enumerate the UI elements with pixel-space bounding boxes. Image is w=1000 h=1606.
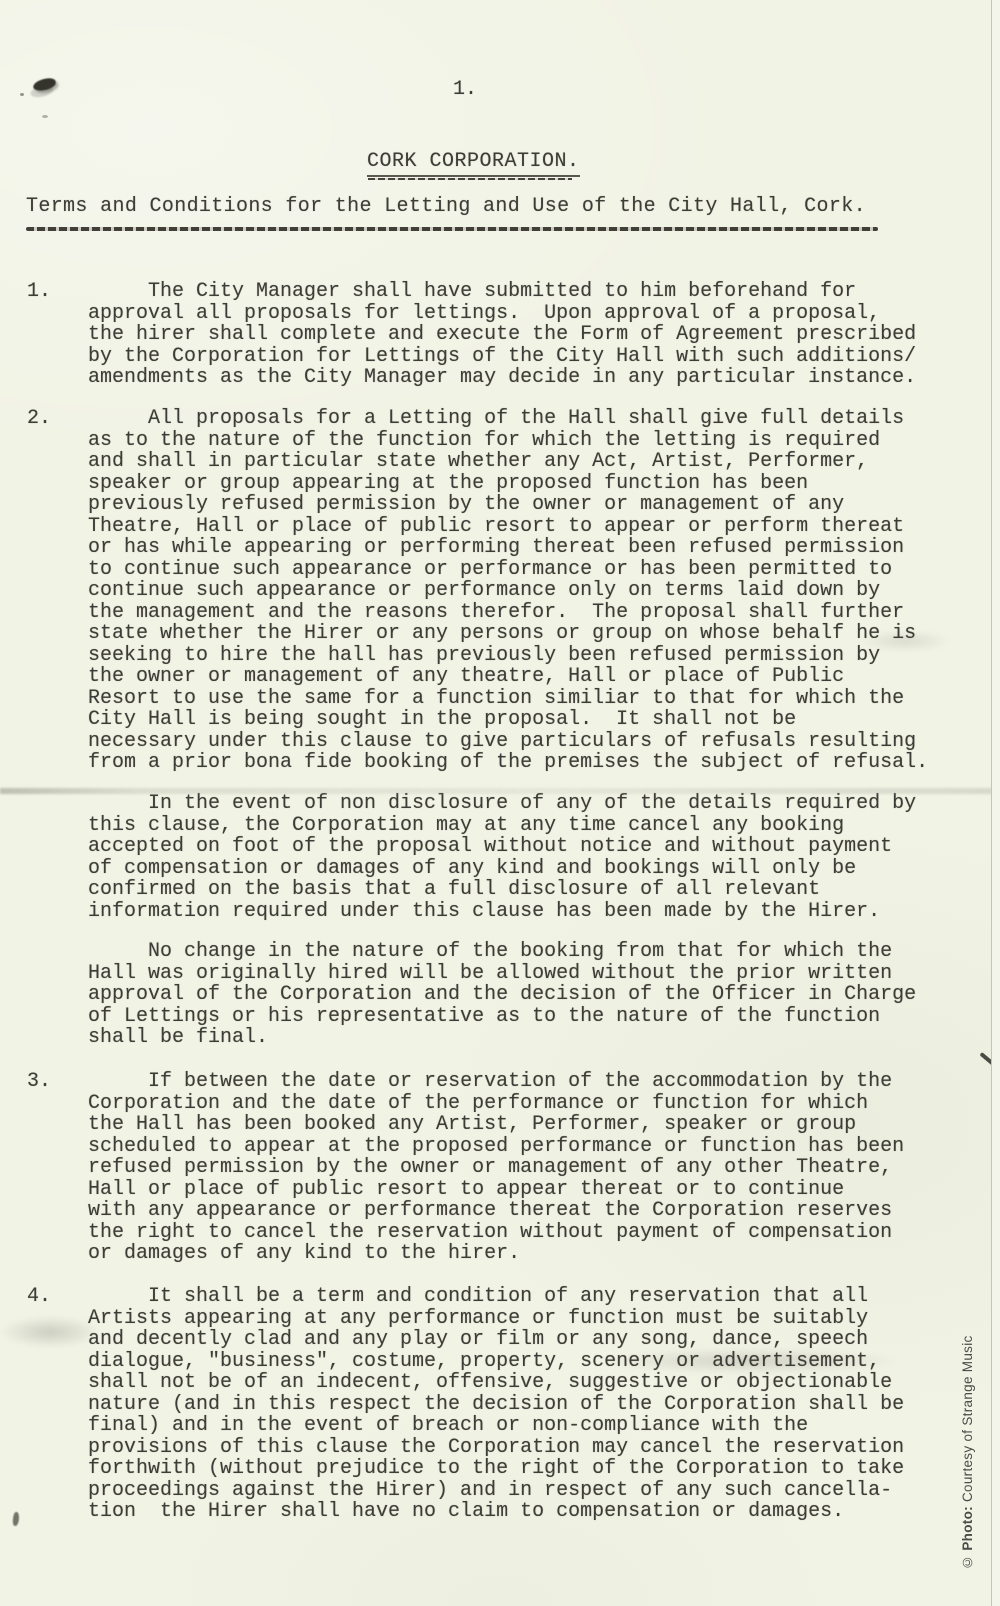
- ink-speck: [20, 93, 24, 96]
- document-header: CORK CORPORATION.: [367, 151, 580, 177]
- fold-crease: [0, 788, 1000, 794]
- photo-credit-text: Courtesy of Strange Music: [960, 1335, 975, 1502]
- clause-3-number: 3.: [27, 1071, 51, 1093]
- ink-smudge: [32, 77, 57, 93]
- clause-2-text: All proposals for a Letting of the Hall …: [88, 408, 1000, 774]
- page-number: 1.: [453, 79, 477, 101]
- scanned-document-page: 1. CORK CORPORATION. Terms and Condition…: [0, 0, 1000, 1606]
- clause-2-continuation-1-text: In the event of non disclosure of any of…: [88, 793, 1000, 922]
- clause-4-text: It shall be a term and condition of any …: [88, 1286, 1000, 1523]
- ink-speck: [12, 1512, 20, 1527]
- clause-1-number: 1.: [27, 281, 51, 303]
- document-subtitle: Terms and Conditions for the Letting and…: [26, 196, 866, 218]
- photo-credit-label: Photo:: [960, 1506, 975, 1551]
- clause-2-continuation-2: No change in the nature of the booking f…: [0, 941, 1000, 1049]
- clause-2-continuation-2-text: No change in the nature of the booking f…: [88, 941, 1000, 1049]
- scan-edge: [992, 0, 1000, 1606]
- clause-3-text: If between the date or reservation of th…: [88, 1071, 1000, 1265]
- document-title: CORK CORPORATION.: [367, 151, 580, 177]
- clause-1: 1. The City Manager shall have submitted…: [0, 281, 1000, 389]
- clause-2-number: 2.: [27, 408, 51, 430]
- clause-4-number: 4.: [27, 1286, 51, 1308]
- subtitle-underline: [26, 227, 878, 231]
- clause-2: 2. All proposals for a Letting of the Ha…: [0, 408, 1000, 774]
- clause-3: 3. If between the date or reservation of…: [0, 1071, 1000, 1265]
- photo-credit: © Photo: Courtesy of Strange Music: [960, 1332, 975, 1570]
- copyright-icon: ©: [960, 1555, 975, 1570]
- ink-speck: [42, 115, 48, 118]
- page-edge-line: [991, 0, 992, 1606]
- clause-2-continuation-1: In the event of non disclosure of any of…: [0, 793, 1000, 922]
- clause-4: 4. It shall be a term and condition of a…: [0, 1286, 1000, 1523]
- clause-1-text: The City Manager shall have submitted to…: [88, 281, 1000, 389]
